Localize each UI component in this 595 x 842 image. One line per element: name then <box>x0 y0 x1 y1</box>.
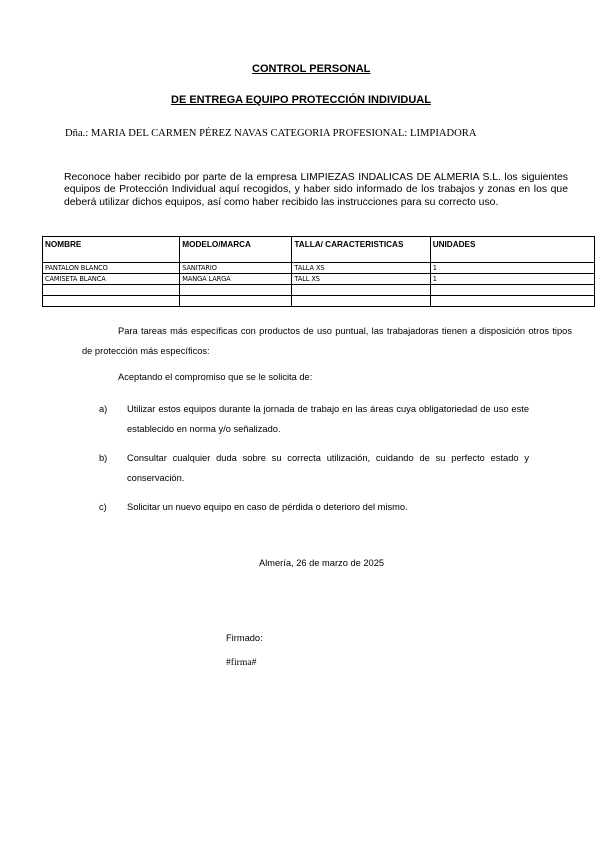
cell-talla: TALLA XS <box>292 263 430 274</box>
commitment-item-b: b) Consultar cualquier duda sobre su cor… <box>99 449 529 488</box>
table-row: CAMISETA BLANCA MANGA LARGA TALL XS 1 <box>43 274 595 285</box>
table-row <box>43 285 595 296</box>
acceptance-intro: Aceptando el compromiso que se le solici… <box>118 372 312 382</box>
commitment-item-c: c) Solicitar un nuevo equipo en caso de … <box>99 498 529 518</box>
table-row <box>43 296 595 307</box>
signature-placeholder: #firma# <box>226 657 256 668</box>
document-subtitle: DE ENTREGA EQUIPO PROTECCIÓN INDIVIDUAL <box>171 94 431 106</box>
header-nombre: NOMBRE <box>43 237 180 263</box>
cell-unidades: 1 <box>430 274 594 285</box>
cell-nombre: PANTALON BLANCO <box>43 263 180 274</box>
ppe-table: NOMBRE MODELO/MARCA TALLA/ CARACTERISTIC… <box>42 236 595 307</box>
cell-modelo-marca: MANGA LARGA <box>180 274 292 285</box>
header-unidades: UNIDADES <box>430 237 594 263</box>
cell-modelo-marca: SANITARIO <box>180 263 292 274</box>
intro-paragraph: Reconoce haber recibido por parte de la … <box>64 172 568 209</box>
cell-talla <box>292 296 430 307</box>
commitment-text: Utilizar estos equipos durante la jornad… <box>127 400 529 439</box>
cell-nombre: CAMISETA BLANCA <box>43 274 180 285</box>
commitment-label: b) <box>99 449 107 469</box>
document-title: CONTROL PERSONAL <box>252 63 370 75</box>
cell-modelo-marca <box>180 296 292 307</box>
specific-tasks-paragraph: Para tareas más específicas con producto… <box>82 322 572 361</box>
cell-nombre <box>43 285 180 296</box>
cell-unidades <box>430 285 594 296</box>
recipient-line: Dña.: MARIA DEL CARMEN PÉREZ NAVAS CATEG… <box>65 128 477 139</box>
cell-unidades: 1 <box>430 263 594 274</box>
header-talla-caracteristicas: TALLA/ CARACTERISTICAS <box>292 237 430 263</box>
commitment-label: a) <box>99 400 107 420</box>
cell-talla: TALL XS <box>292 274 430 285</box>
cell-modelo-marca <box>180 285 292 296</box>
header-modelo-marca: MODELO/MARCA <box>180 237 292 263</box>
commitment-label: c) <box>99 498 107 518</box>
signed-label: Firmado: <box>226 633 263 643</box>
place-date: Almería, 26 de marzo de 2025 <box>259 558 384 568</box>
commitment-text: Consultar cualquier duda sobre su correc… <box>127 449 529 488</box>
intro-text: Reconoce haber recibido por parte de la … <box>64 172 568 209</box>
cell-nombre <box>43 296 180 307</box>
commitment-text: Solicitar un nuevo equipo en caso de pér… <box>127 498 529 518</box>
commitment-item-a: a) Utilizar estos equipos durante la jor… <box>99 400 529 439</box>
table-header-row: NOMBRE MODELO/MARCA TALLA/ CARACTERISTIC… <box>43 237 595 263</box>
cell-unidades <box>430 296 594 307</box>
cell-talla <box>292 285 430 296</box>
table-row: PANTALON BLANCO SANITARIO TALLA XS 1 <box>43 263 595 274</box>
